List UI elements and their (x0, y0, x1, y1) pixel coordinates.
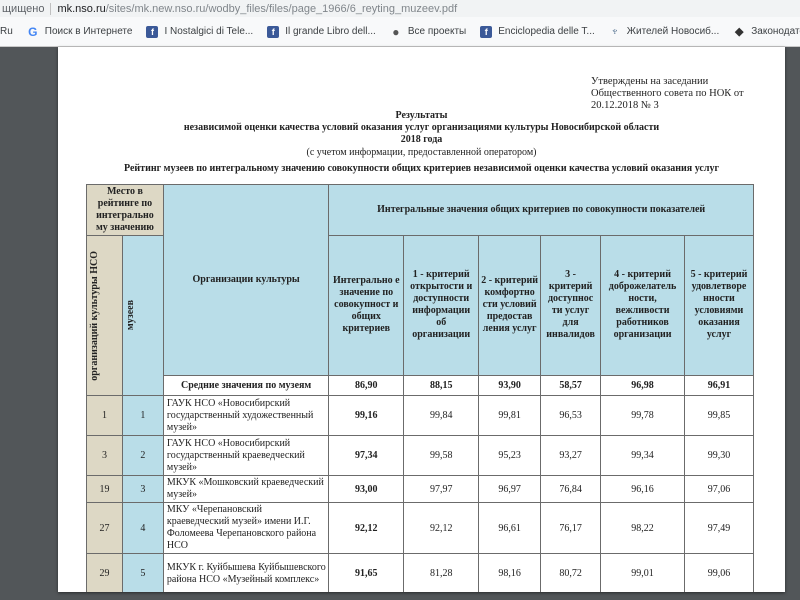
organization-name: ГАУК НСО «Новосибирский государственный … (163, 436, 328, 476)
bookmark-label: Законодательство... (751, 26, 800, 37)
col-header: 3 - критерий доступнос ти услуг для инва… (541, 236, 601, 376)
integral-value: 97,34 (329, 436, 404, 476)
bookmark-item[interactable]: ◆Законодательство... (733, 26, 800, 38)
integral-value: 99,16 (329, 396, 404, 436)
criterion-value: 96,97 (479, 476, 541, 503)
title-subject: независимой оценки качества условий оказ… (58, 122, 785, 134)
criterion-value: 81,28 (404, 554, 479, 593)
average-label: Средние значения по музеям (163, 375, 328, 395)
approval-note: Утверждены на заседании Общественного со… (591, 76, 744, 112)
criterion-value: 98,16 (479, 554, 541, 593)
organization-name: МКУК г. Куйбышева Куйбышевского района Н… (163, 554, 328, 593)
bookmark-label: Enciclopedia delle T... (498, 26, 595, 37)
average-value: 96,91 (685, 375, 754, 395)
title: Результаты (58, 110, 785, 122)
bookmark-label: Il grande Libro dell... (285, 26, 376, 37)
organization-name: ГАУК НСО «Новосибирский государственный … (163, 396, 328, 436)
average-value: 88,15 (404, 375, 479, 395)
bookmark-label: Поиск в Интернете (45, 26, 133, 37)
integral-value: 92,12 (329, 503, 404, 554)
criterion-value: 97,49 (685, 503, 754, 554)
integral-value: 91,65 (329, 554, 404, 593)
bookmark-item[interactable]: ♆Жителей Новосиб... (609, 26, 719, 38)
facebook-icon: f (267, 26, 279, 38)
title-year: 2018 года (58, 134, 785, 146)
criterion-value: 99,30 (685, 436, 754, 476)
col-header: 2 - критерий комфортно сти условий предо… (479, 236, 541, 376)
criterion-value: 98,22 (601, 503, 685, 554)
rank-museum: 1 (122, 396, 163, 436)
divider (50, 3, 51, 15)
table-row: 19 3 МКУК «Мошковский краеведческий музе… (87, 476, 754, 503)
average-value: 93,90 (479, 375, 541, 395)
criterion-value: 96,61 (479, 503, 541, 554)
criterion-value: 99,34 (601, 436, 685, 476)
bookmark-item[interactable]: fIl grande Libro dell... (267, 26, 376, 38)
criterion-value: 76,84 (541, 476, 601, 503)
criterion-value: 97,06 (685, 476, 754, 503)
criterion-value: 80,72 (541, 554, 601, 593)
table-row: 1 1 ГАУК НСО «Новосибирский государствен… (87, 396, 754, 436)
rank-org: 3 (87, 436, 123, 476)
document-heading: Результаты независимой оценки качества у… (58, 110, 785, 175)
criterion-value: 95,23 (479, 436, 541, 476)
average-value: 86,90 (329, 375, 404, 395)
criterion-value: 96,16 (601, 476, 685, 503)
globe-icon: ● (390, 26, 402, 38)
header-group: Интегральные значения общих критериев по… (329, 185, 754, 236)
integral-value: 93,00 (329, 476, 404, 503)
criterion-value: 99,84 (404, 396, 479, 436)
header-org: Организации культуры (163, 185, 328, 376)
col-header: 4 - критерий доброжелатель ности, вежлив… (601, 236, 685, 376)
table-row: 27 4 МКУ «Черепановский краеведческий му… (87, 503, 754, 554)
bookmark-item[interactable]: fEnciclopedia delle T... (480, 26, 595, 38)
criterion-value: 93,27 (541, 436, 601, 476)
criterion-value: 99,01 (601, 554, 685, 593)
approval-line: Общественного совета по НОК от (591, 88, 744, 100)
approval-line: Утверждены на заседании (591, 76, 744, 88)
col-header: 5 - критерий удовлетворе нности условиям… (685, 236, 754, 376)
table-title: Рейтинг музеев по интегральному значению… (58, 163, 785, 175)
table-row: 29 5 МКУК г. Куйбышева Куйбышевского рай… (87, 554, 754, 593)
header-place-org-label: организаций культуры НСО (89, 251, 101, 381)
graduation-cap-icon: ◆ (733, 26, 745, 38)
bookmark-item[interactable]: ●Все проекты (390, 26, 466, 38)
header-place-museum: музеев (122, 236, 163, 396)
rank-museum: 4 (122, 503, 163, 554)
bookmark-item[interactable]: Ru (0, 26, 13, 37)
organization-name: МКУК «Мошковский краеведческий музей» (163, 476, 328, 503)
col-header: 1 - критерий открытости и доступности ин… (404, 236, 479, 376)
rank-museum: 2 (122, 436, 163, 476)
criterion-value: 99,06 (685, 554, 754, 593)
criterion-value: 99,85 (685, 396, 754, 436)
criterion-value: 99,81 (479, 396, 541, 436)
criterion-value: 97,97 (404, 476, 479, 503)
header-place-museum-label: музеев (125, 300, 137, 330)
facebook-icon: f (146, 26, 158, 38)
criterion-value: 76,17 (541, 503, 601, 554)
bookmark-label: Ru (0, 26, 13, 37)
rank-museum: 5 (122, 554, 163, 593)
rank-org: 19 (87, 476, 123, 503)
rating-table: Место в рейтинге по интегрально му значе… (86, 184, 754, 592)
address-bar[interactable]: щищено mk.nso.ru/sites/mk.new.nso.ru/wod… (0, 0, 800, 17)
url-path[interactable]: /sites/mk.new.nso.ru/wodby_files/files/p… (106, 3, 457, 15)
criterion-value: 99,58 (404, 436, 479, 476)
average-row: Средние значения по музеям 86,90 88,15 9… (87, 375, 754, 395)
rank-museum: 3 (122, 476, 163, 503)
table-row: 3 2 ГАУК НСО «Новосибирский государствен… (87, 436, 754, 476)
criterion-value: 96,53 (541, 396, 601, 436)
bookmark-item[interactable]: GПоиск в Интернете (27, 26, 133, 38)
rank-org: 1 (87, 396, 123, 436)
pdf-page: Утверждены на заседании Общественного со… (58, 47, 785, 592)
security-indicator[interactable]: щищено (2, 3, 44, 15)
rank-org: 29 (87, 554, 123, 593)
bookmark-label: Все проекты (408, 26, 466, 37)
rank-org: 27 (87, 503, 123, 554)
bookmark-label: I Nostalgici di Tele... (164, 26, 253, 37)
header-place: Место в рейтинге по интегрально му значе… (87, 185, 164, 236)
url-host[interactable]: mk.nso.ru (57, 3, 105, 15)
col-header: Интегрально е значение по совокупност и … (329, 236, 404, 376)
facebook-icon: f (480, 26, 492, 38)
average-value: 96,98 (601, 375, 685, 395)
bookmark-item[interactable]: fI Nostalgici di Tele... (146, 26, 253, 38)
header-place-org: организаций культуры НСО (87, 236, 123, 396)
google-icon: G (27, 26, 39, 38)
person-icon: ♆ (609, 26, 621, 38)
bookmark-label: Жителей Новосиб... (627, 26, 719, 37)
criterion-value: 92,12 (404, 503, 479, 554)
average-value: 58,57 (541, 375, 601, 395)
organization-name: МКУ «Черепановский краеведческий музей» … (163, 503, 328, 554)
subtitle: (с учетом информации, предоставленной оп… (58, 146, 785, 159)
criterion-value: 99,78 (601, 396, 685, 436)
bookmarks-bar: Ru GПоиск в Интернете fI Nostalgici di T… (0, 17, 800, 47)
